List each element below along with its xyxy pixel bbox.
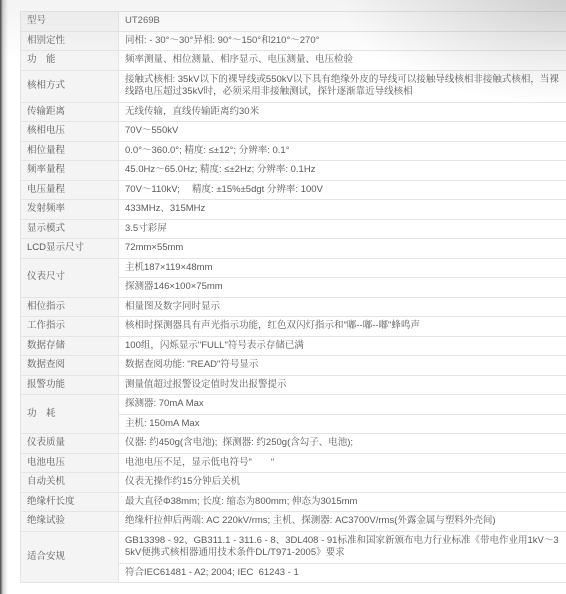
- spec-row-value: 45.0Hz～65.0Hz; 精度: ≤±2Hz; 分辨率: 0.1Hz: [119, 161, 566, 181]
- spec-row-value: 绝缘杆拉伸后两端: AC 220kV/rms; 主机、探测器: AC3700V/…: [119, 512, 566, 532]
- spec-row: 相位指示相量图及数字同时显示: [21, 297, 566, 317]
- spec-row-value: UT269B: [119, 12, 566, 32]
- spec-row-value: 电池电压不足，显示低电符号" ": [119, 453, 566, 473]
- spec-row: 频率量程45.0Hz～65.0Hz; 精度: ≤±2Hz; 分辨率: 0.1Hz: [21, 161, 566, 181]
- spec-row-label: 核相方式: [21, 70, 119, 102]
- spec-row-label: 电池电压: [21, 453, 119, 473]
- spec-row-value: 主机187×119×48mm: [119, 258, 566, 278]
- spec-row: 核相电压70V～550kV: [21, 122, 566, 142]
- spec-row-label: 绝缘试验: [21, 512, 119, 532]
- spec-row-value: 433MHz、315MHz: [119, 200, 566, 220]
- spec-row-label: 相位指示: [21, 297, 119, 317]
- spec-row-value: 数据查阅功能: "READ"符号显示: [119, 356, 566, 376]
- spec-row-value: GB13398 - 92、GB311.1 - 311.6 - 8、3DL408 …: [119, 531, 566, 563]
- spec-row-label: 自动关机: [21, 473, 119, 493]
- spec-table-body: 型号UT269B相别定性同相: - 30°～30°异相: 90°～150°和21…: [21, 12, 566, 583]
- spec-row-value: 3.5寸彩屏: [119, 219, 566, 239]
- spec-row-label: 数据查阅: [21, 356, 119, 376]
- spec-row-value: 同相: - 30°～30°异相: 90°～150°和210°～270°: [119, 31, 566, 51]
- spec-row-label: 仪表尺寸: [21, 258, 119, 297]
- spec-row-label: 发射频率: [21, 200, 119, 220]
- spec-row-value: 仪表无操作约15分钟后关机: [119, 473, 566, 493]
- spec-row-value: 72mm×55mm: [119, 239, 566, 259]
- spec-row-value: 核相时探测器具有声光指示功能，红色双闪灯指示和"嘟--嘟--嘟"蜂鸣声: [119, 317, 566, 337]
- spec-row: 电池电压电池电压不足，显示低电符号" ": [21, 453, 566, 473]
- spec-row: 相别定性同相: - 30°～30°异相: 90°～150°和210°～270°: [21, 31, 566, 51]
- spec-row-label: 功 耗: [21, 395, 119, 434]
- spec-row: 报警功能测量值超过报警设定值时发出报警提示: [21, 375, 566, 395]
- spec-row: 型号UT269B: [21, 12, 566, 32]
- spec-row-label: 绝缘杆长度: [21, 492, 119, 512]
- spec-row-value: 无线传输，直线传输距离约30米: [119, 102, 566, 122]
- spec-row-value: 仪器: 约450g(含电池); 探测器: 约250g(含勾子、电池);: [119, 434, 566, 454]
- spec-row: 仪表质量仪器: 约450g(含电池); 探测器: 约250g(含勾子、电池);: [21, 434, 566, 454]
- spec-row: 相位量程0.0°～360.0°; 精度: ≤±12°; 分辨率: 0.1°: [21, 141, 566, 161]
- spec-table: 型号UT269B相别定性同相: - 30°～30°异相: 90°～150°和21…: [20, 11, 566, 583]
- spec-row-label: 核相电压: [21, 122, 119, 142]
- spec-row-value: 主机: 150mA Max: [119, 414, 566, 434]
- spec-row-label: 报警功能: [21, 375, 119, 395]
- spec-row: 工作指示核相时探测器具有声光指示功能，红色双闪灯指示和"嘟--嘟--嘟"蜂鸣声: [21, 317, 566, 337]
- spec-row: 仪表尺寸主机187×119×48mm: [21, 258, 566, 278]
- spec-row-value: 70V～110kV; 精度: ±15%±5dgt 分辨率: 100V: [119, 180, 566, 200]
- spec-row: 显示模式3.5寸彩屏: [21, 219, 566, 239]
- spec-row-label: LCD显示尺寸: [21, 239, 119, 259]
- spec-row-label: 显示模式: [21, 219, 119, 239]
- spec-row: 功 耗探测器: 70mA Max: [21, 395, 566, 415]
- spec-row-value: 100组，闪烁显示"FULL"符号表示存储已满: [119, 336, 566, 356]
- spec-row-value: 探测器146×100×75mm: [119, 278, 566, 298]
- spec-row: 数据存储100组，闪烁显示"FULL"符号表示存储已满: [21, 336, 566, 356]
- spec-row-label: 适合安规: [21, 531, 119, 583]
- spec-row-label: 传输距离: [21, 102, 119, 122]
- spec-row-label: 频率量程: [21, 161, 119, 181]
- spec-row-value: 70V～550kV: [119, 122, 566, 142]
- spec-row: 功 能频率测量、相位测量、相序显示、电压测量、电压检验: [21, 51, 566, 71]
- spec-row: LCD显示尺寸72mm×55mm: [21, 239, 566, 259]
- spec-row: 绝缘试验绝缘杆拉伸后两端: AC 220kV/rms; 主机、探测器: AC37…: [21, 512, 566, 532]
- spec-row-value: 接触式核相: 35kV以下的裸导线或550kV以下具有绝缘外皮的导线可以接触导线…: [119, 70, 566, 102]
- spec-row: 自动关机仪表无操作约15分钟后关机: [21, 473, 566, 493]
- spec-row-value: 频率测量、相位测量、相序显示、电压测量、电压检验: [119, 51, 566, 71]
- spec-row-label: 型号: [21, 12, 119, 32]
- spec-row-value: 符合IEC61481 - A2; 2004; IEC 61243 - 1: [119, 563, 566, 583]
- spec-row-label: 相别定性: [21, 31, 119, 51]
- spec-row-label: 仪表质量: [21, 434, 119, 454]
- spec-row-label: 工作指示: [21, 317, 119, 337]
- spec-row: 适合安规GB13398 - 92、GB311.1 - 311.6 - 8、3DL…: [21, 531, 566, 563]
- spec-row: 核相方式接触式核相: 35kV以下的裸导线或550kV以下具有绝缘外皮的导线可以…: [21, 70, 566, 102]
- spec-row-value: 探测器: 70mA Max: [119, 395, 566, 415]
- spec-row: 数据查阅数据查阅功能: "READ"符号显示: [21, 356, 566, 376]
- spec-row: 发射频率433MHz、315MHz: [21, 200, 566, 220]
- spec-row-label: 电压量程: [21, 180, 119, 200]
- spec-row-value: 0.0°～360.0°; 精度: ≤±12°; 分辨率: 0.1°: [119, 141, 566, 161]
- page-left-edge-shadow: [0, 0, 8, 594]
- spec-row: 绝缘杆长度最大直径Φ38mm; 长度: 缩态为800mm; 伸态为3015mm: [21, 492, 566, 512]
- spec-row-value: 测量值超过报警设定值时发出报警提示: [119, 375, 566, 395]
- spec-row-value: 相量图及数字同时显示: [119, 297, 566, 317]
- spec-row-value: 最大直径Φ38mm; 长度: 缩态为800mm; 伸态为3015mm: [119, 492, 566, 512]
- spec-row-label: 数据存储: [21, 336, 119, 356]
- spec-row-label: 相位量程: [21, 141, 119, 161]
- spec-row: 电压量程70V～110kV; 精度: ±15%±5dgt 分辨率: 100V: [21, 180, 566, 200]
- spec-row-label: 功 能: [21, 51, 119, 71]
- spec-row: 传输距离无线传输，直线传输距离约30米: [21, 102, 566, 122]
